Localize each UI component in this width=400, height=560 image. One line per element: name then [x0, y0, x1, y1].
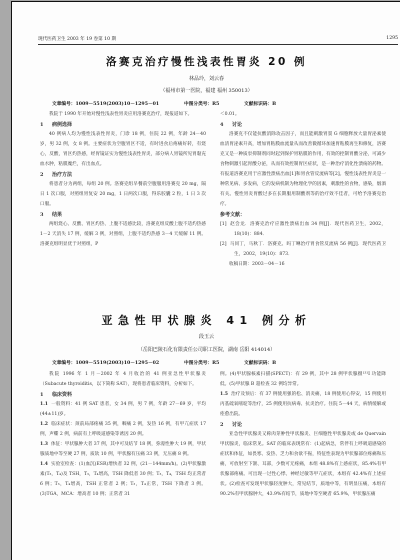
- article1-doc-code: 文献标识码：B: [244, 101, 276, 107]
- article1-left-column: 我院于 1990 年开始对慢性浅表性胃炎应用洛赛克治疗，现报道如下。 1病例选择…: [40, 110, 206, 250]
- article2-left-column: 我院 1996 年 1 月－2002 年 4 月收治的 41 例亚急性甲状腺炎（…: [40, 370, 206, 500]
- article1-discussion-heading: 4讨论: [220, 120, 386, 130]
- article1-section-text: 40 例病人均为慢性浅表性胃炎，门诊 18 例，住院 22 例，年龄 24－40…: [40, 130, 206, 170]
- article1-intro: 我院于 1990 年开始对慢性浅表性胃炎应用洛赛克治疗，现报道如下。: [40, 110, 206, 120]
- article2-clc: 中图分类号：R5: [184, 360, 219, 366]
- article1-authors: 林品玲，刘云春: [12, 75, 400, 82]
- running-header: 现代医药卫生 2003 年 19 卷第 10 期 1295: [38, 36, 398, 45]
- received-date: 收稿日期：2003－04－16: [220, 260, 386, 270]
- article2-doc-code: 文献标识码：B: [244, 360, 276, 366]
- article1-article-no: 文章编号：1009－5519(2003)10－1295－01: [52, 101, 159, 107]
- article1-section-heading: 2治疗方法: [40, 170, 206, 180]
- reference-item: [1] 赵会龙．洛赛克治疗应激性溃疡出血 34 例[J]．现代医药卫生，2002…: [220, 220, 386, 240]
- article2-subsection: 1.1 一般资料：41 例 SAT 患者，女 34 例，男 7 例，年龄 27－…: [40, 400, 206, 420]
- article2-affiliation: （岳阳巴陵石化有限责任公司职工医院，湖南 岳阳 414014）: [12, 346, 400, 353]
- article2-intro: 我院 1996 年 1 月－2002 年 4 月收治的 41 例亚急性甲状腺炎（…: [40, 370, 206, 390]
- reference-item: [2] 马同丁，马秋丁．洛赛克、吗丁啉治疗胃食管反流病 56 例[J]．现代医药…: [220, 240, 386, 260]
- article2-discussion-heading: 2讨论: [220, 420, 386, 430]
- article2-section-heading: 1临床资料: [40, 390, 206, 400]
- article1-clc: 中图分类号：R5: [184, 101, 219, 107]
- article2-title: 亚急性甲状腺炎 41 例分析: [12, 312, 400, 328]
- article2-authors: 段玉云: [12, 333, 400, 340]
- article2-right-column: 例。(4)甲状腺核素扫描(SPECT)：有 29 例，其中 28 例甲状腺摄¹³…: [220, 370, 386, 500]
- article1-discussion-text: 洛赛克不仅能抗酸消除攻击因子，而且能刺激胃窦 G 细胞释放大量胃泌素使血清胃泌素…: [220, 130, 386, 210]
- article2-subsection: 1.4 实验室检查：(1)血沉(ESR)增快者 32 例，(21－144mm/h…: [40, 460, 206, 500]
- article2-continuation: 例。(4)甲状腺核素扫描(SPECT)：有 29 例，其中 28 例甲状腺摄¹³…: [220, 370, 386, 390]
- journal-info: 现代医药卫生 2003 年 19 卷第 10 期: [38, 36, 116, 42]
- article2-subsection: 1.5 治疗及预后：有 37 例使用强的松、消炎痛，18 例使用心得安，15 例…: [220, 390, 386, 420]
- article1-section-heading: 1病例选择: [40, 120, 206, 130]
- article2-discussion-text: 亚急性甲状腺炎又称肉芽肿性甲状腺炎、巨细胞性甲状腺炎或 de Quervain …: [220, 430, 386, 500]
- article1-section-text: 将患者分为两组，每组 20 例。洛赛克组早餐前空腹服用洛赛克 20 mg，隔日 …: [40, 180, 206, 210]
- journal-page: 现代医药卫生 2003 年 19 卷第 10 期 1295 洛赛克治疗慢性浅表性…: [11, 1, 400, 560]
- page-number: 1295: [386, 36, 398, 41]
- article1-affiliation: （福州市第一医院，福建 福州 350013）: [12, 87, 400, 94]
- references-heading: 参考文献：: [220, 210, 386, 220]
- article1-section-heading: 3结果: [40, 210, 206, 220]
- article1-section-text: 两组烧心、反酸、胃区灼热、上腹不适感比较，洛赛克组反酸上腹不适灼热感 1－2 天…: [40, 220, 206, 250]
- article2-subsection: 1.3 体征：甲状腺肿大者 37 例，其中可及结节 18 例，弥漫性肿大 19 …: [40, 440, 206, 460]
- article1-right-column: ＜0.01。 4讨论 洛赛克不仅能抗酸消除攻击因子，而且能刺激胃窦 G 细胞释放…: [220, 110, 386, 270]
- article1-title: 洛赛克治疗慢性浅表性胃炎 20 例: [12, 54, 400, 69]
- article2-article-no: 文章编号：1009－5519(2003)10－1295－02: [52, 360, 159, 366]
- article1-continuation: ＜0.01。: [220, 110, 386, 120]
- article2-subsection: 1.2 临床症状：颈前局部疼痛 35 例，咽痛 2 例，发热 16 例，有甲亢症…: [40, 420, 206, 440]
